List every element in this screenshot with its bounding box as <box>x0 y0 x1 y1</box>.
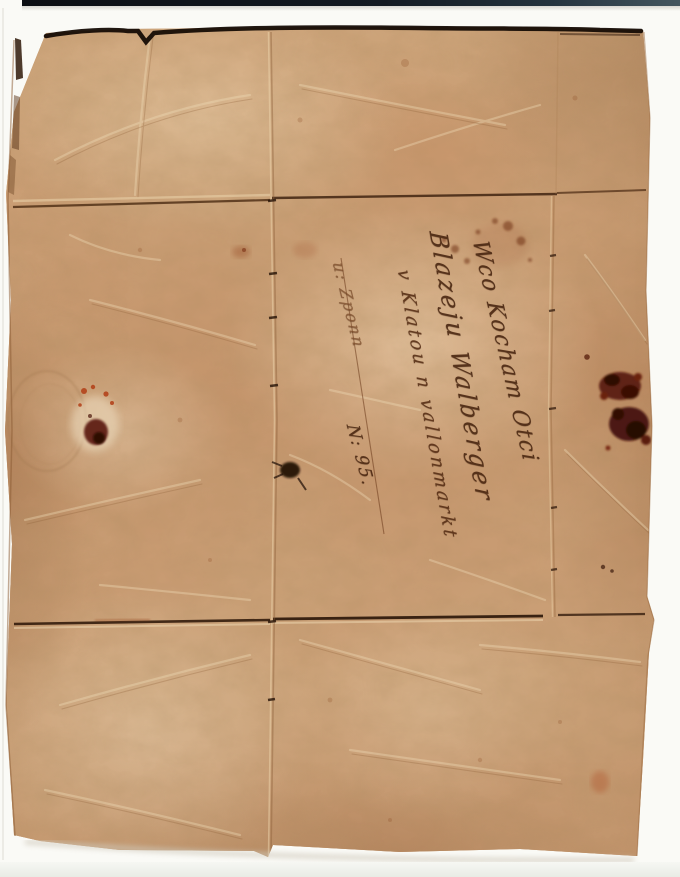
paper-sheet <box>0 0 680 877</box>
scanner-edge-shadow <box>22 6 680 11</box>
scanner-bottom-band <box>0 862 680 877</box>
letter-scan: Wco Kocham Otci Blazeju Walberger v Klat… <box>0 0 680 877</box>
scanner-left-line <box>2 8 4 860</box>
